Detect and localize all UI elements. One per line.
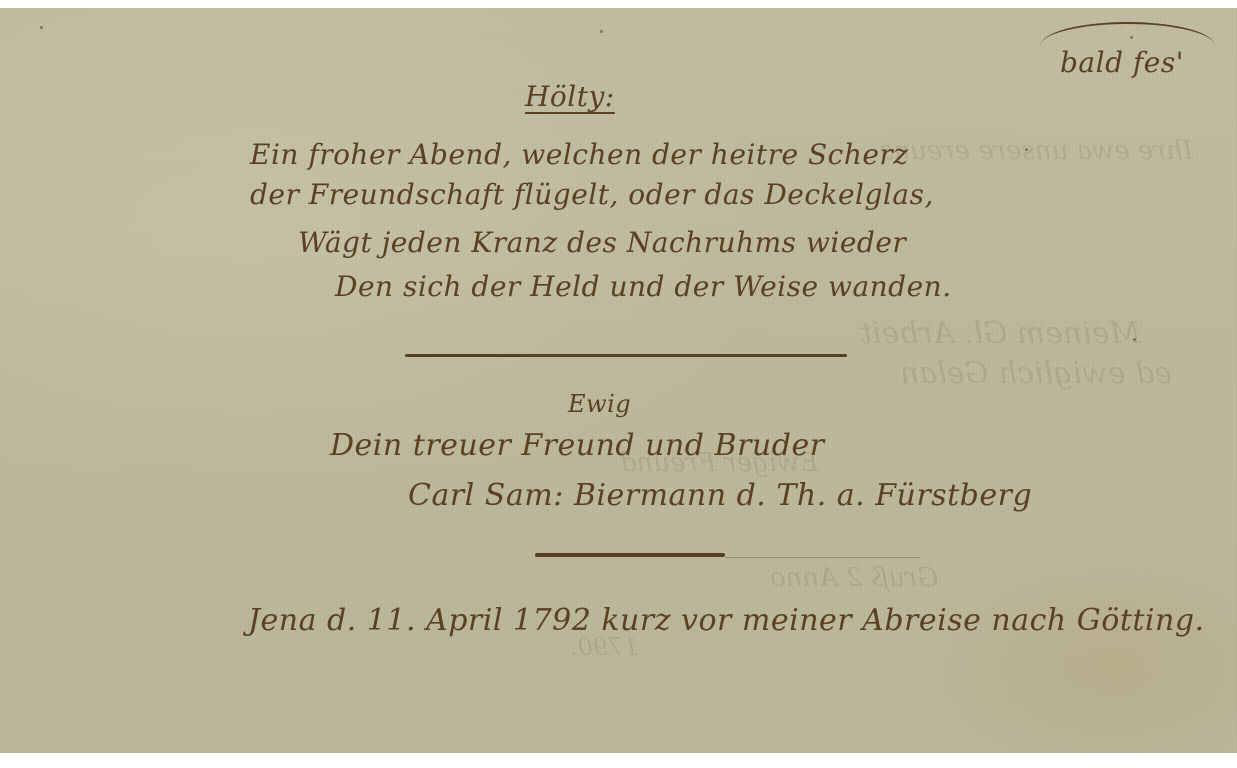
dedication-insertion: Ewig [568, 390, 631, 418]
paper-speck [600, 30, 603, 33]
poem-line-2: der Freundschaft flügelt, oder das Decke… [250, 178, 934, 211]
poem-line-4: Den sich der Held und der Weise wanden. [335, 270, 952, 303]
bleed-through-text: Gruß 2 Anno [770, 563, 938, 593]
corner-note-flourish [1040, 22, 1215, 46]
divider-rule [405, 354, 847, 357]
bleed-through-text: Meinem Gl. Arbeit [860, 316, 1140, 351]
manuscript-page: Ihre ewa unsere ereuns Meinem Gl. Arbeit… [0, 8, 1237, 753]
poem-line-3: Wägt jeden Kranz des Nachruhms wieder [298, 226, 906, 259]
bleed-through-text: ed ewiglich Gelan [900, 356, 1172, 391]
poem-author-heading: Hölty: [525, 80, 615, 113]
dateline: Jena d. 11. April 1792 kurz vor meiner A… [248, 603, 1205, 638]
signature: Carl Sam: Biermann d. Th. a. Fürstberg [408, 478, 1032, 513]
paper-speck [1133, 338, 1136, 341]
poem-line-1: Ein froher Abend, welchen der heitre Sch… [250, 138, 909, 171]
dedication-line: Dein treuer Freund und Bruder [330, 428, 825, 463]
divider-rule-short [535, 553, 725, 557]
paper-speck [40, 26, 43, 29]
bleed-through-text: Ihre ewa unsere ereuns [880, 136, 1193, 166]
corner-note: bald fes' [1060, 46, 1184, 79]
divider-rule-faint [725, 557, 920, 558]
paper-speck [1025, 148, 1028, 151]
